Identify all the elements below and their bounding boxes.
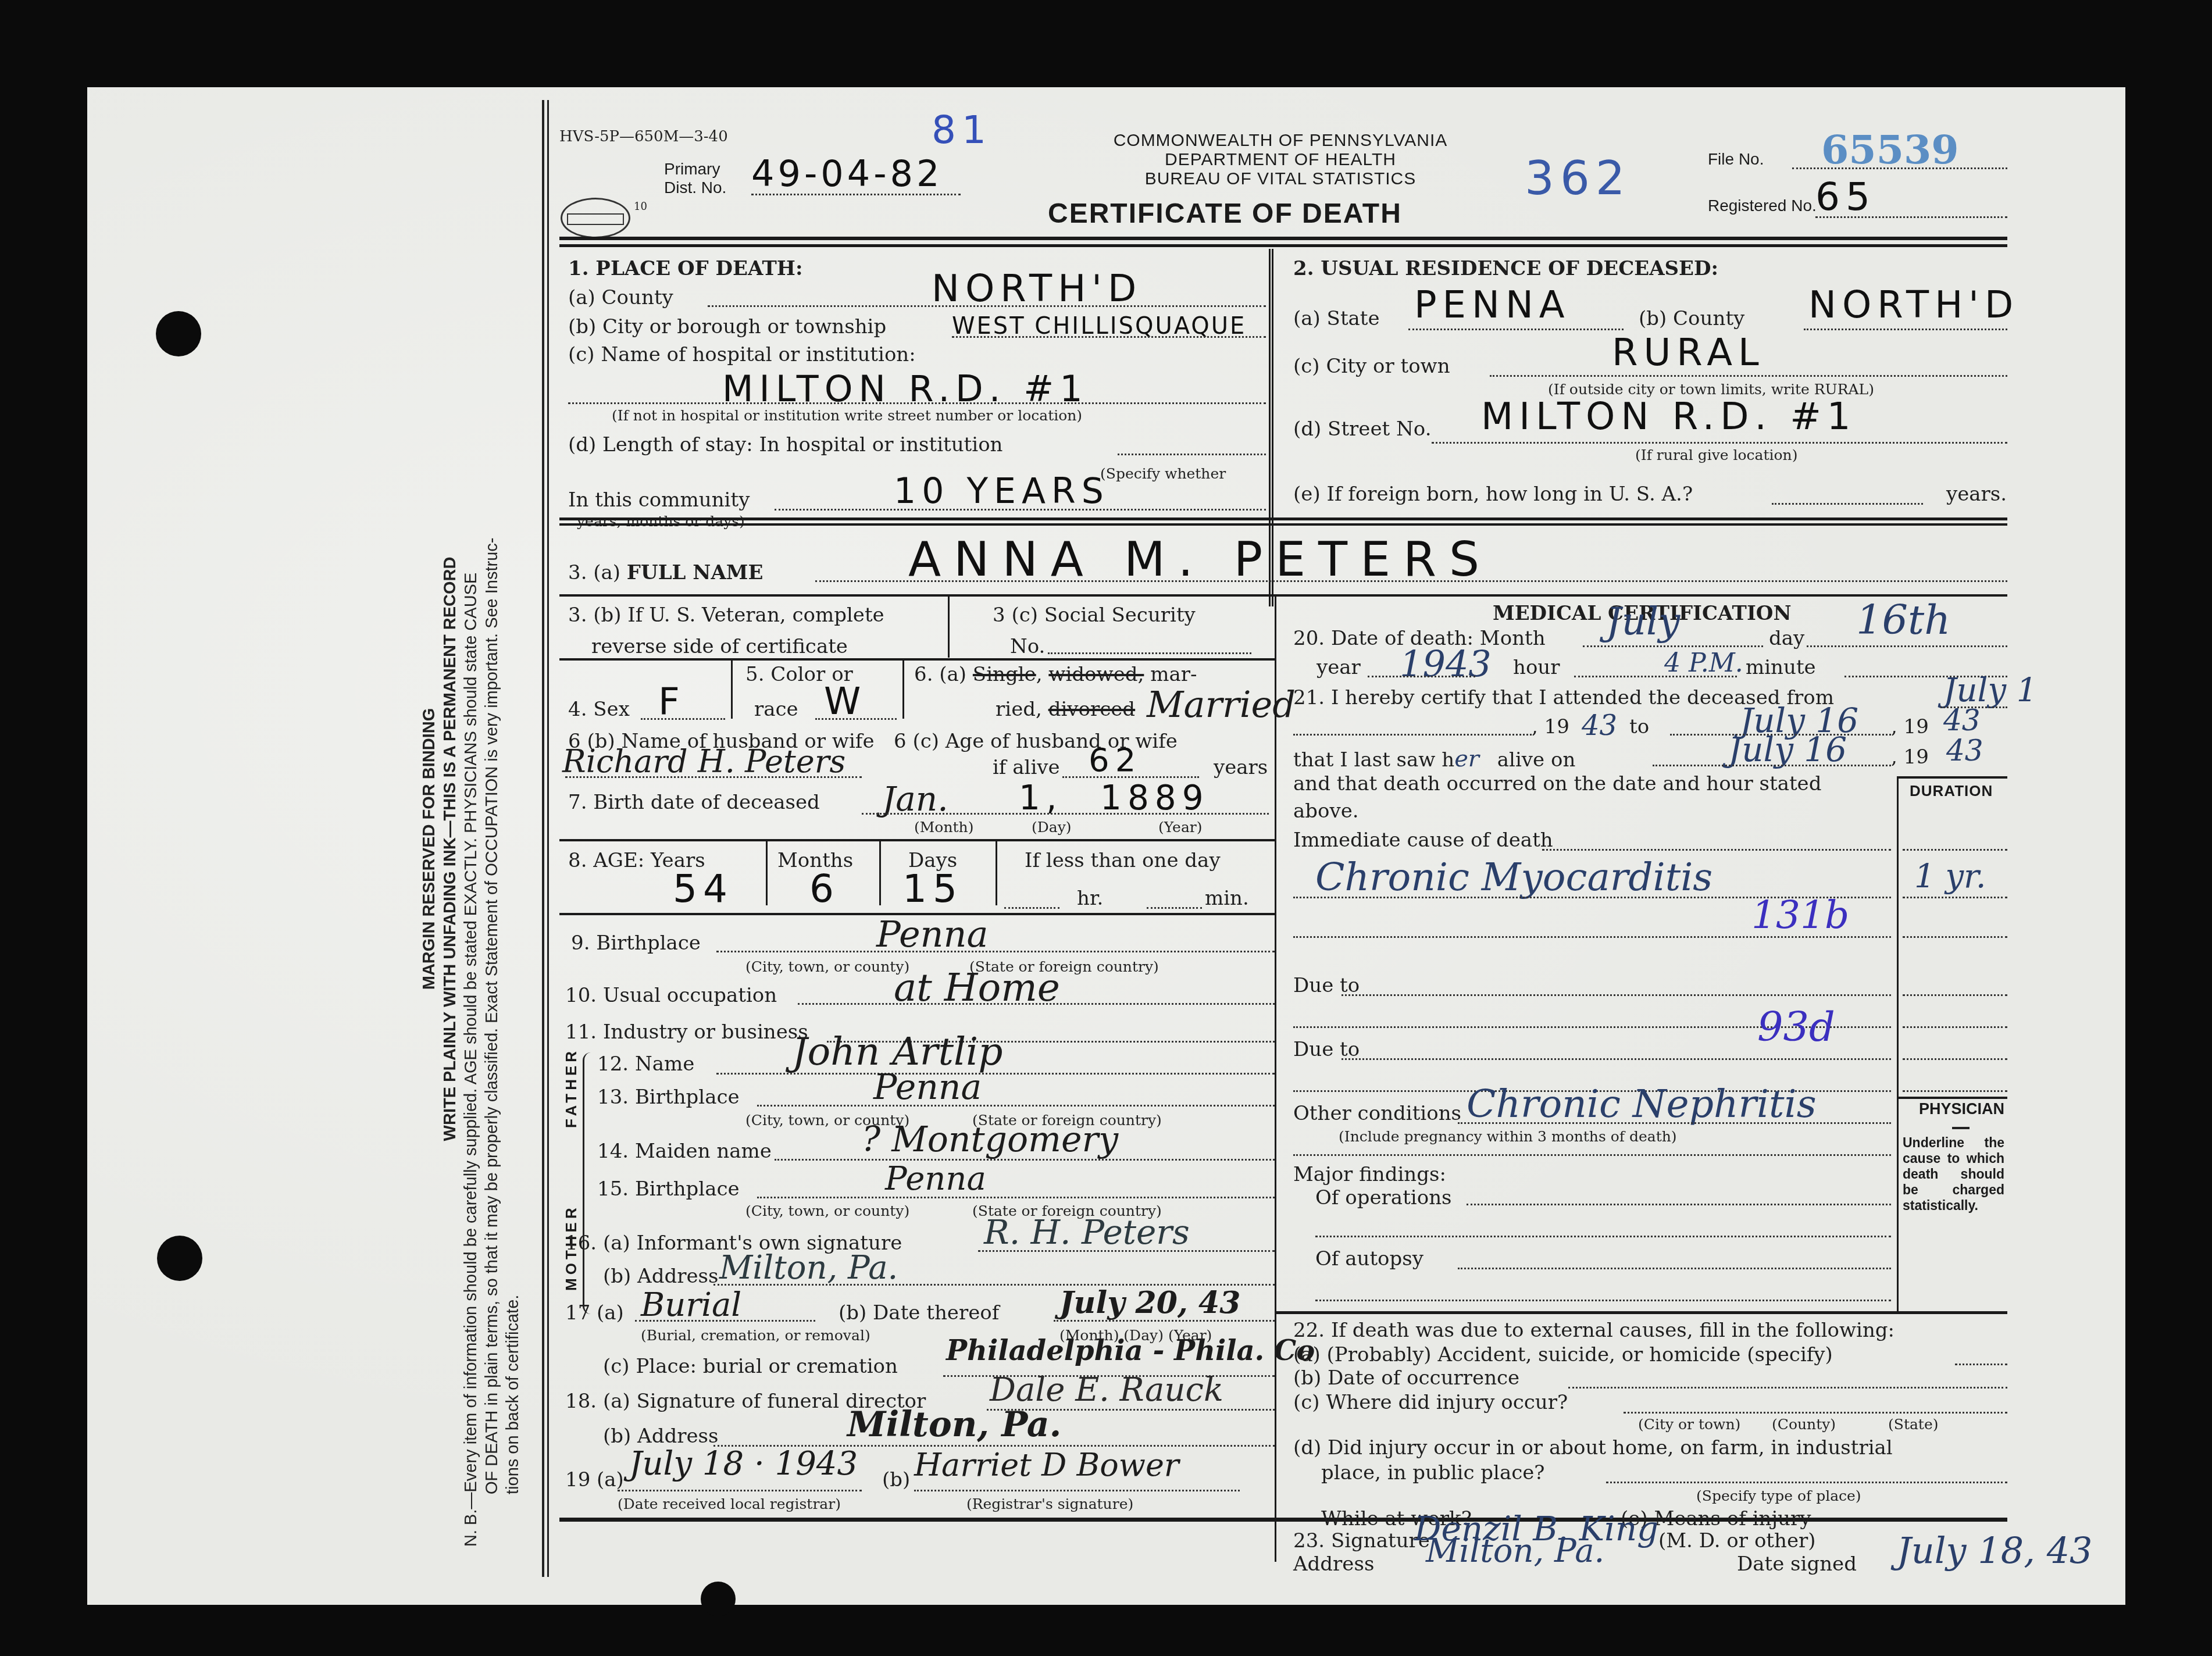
residence-county-line — [1804, 329, 2007, 330]
external-state-note: (State) — [1888, 1416, 1938, 1433]
death-certificate-form: HVS-5P—650M—3-40 Primary Dist. No. 49-04… — [559, 99, 2007, 1552]
death-county-line — [708, 305, 1266, 307]
death-city-label: (b) City or borough or township — [568, 315, 886, 338]
findings-label: Major findings: — [1293, 1163, 1446, 1186]
residence-state-label: (a) State — [1293, 307, 1380, 330]
mother-maiden-label: 14. Maiden name — [597, 1140, 772, 1163]
burial-date-line — [1054, 1320, 1275, 1322]
burial-place-label: (c) Place: burial or cremation — [603, 1355, 898, 1378]
margin-nb-note-1: N. B.—Every item of information should b… — [461, 151, 481, 1547]
attended-19-b: , 19 — [1891, 715, 1929, 738]
sex-divider — [731, 661, 733, 719]
mother-birthplace-label: 15. Birthplace — [597, 1177, 740, 1201]
full-name-title: FULL NAME — [627, 561, 763, 584]
spouse-age-label-2: if alive — [993, 756, 1060, 779]
last-saw-date-line — [1653, 765, 1891, 766]
mother-city-note: (City, town, or county) — [745, 1202, 909, 1219]
attended-19-a: , 19 — [1532, 715, 1569, 738]
immediate-duration-value[interactable]: 1 yr. — [1914, 858, 1986, 895]
mother-maiden-value[interactable]: ? Montgomery — [862, 1119, 1118, 1160]
residence-state-value[interactable]: PENNA — [1414, 284, 1571, 327]
agency-department: DEPARTMENT OF HEALTH — [1083, 150, 1478, 169]
community-line — [775, 509, 1266, 511]
registered-no-value[interactable]: 65 — [1815, 174, 1876, 219]
funeral-director-value[interactable]: Dale E. Rauck — [990, 1371, 1223, 1409]
residence-heading: 2. USUAL RESIDENCE OF DECEASED: — [1293, 257, 1718, 280]
funeral-address-label: (b) Address — [603, 1425, 718, 1448]
due-to-1-duration-line — [1903, 994, 2007, 996]
external-place-label-2: place, in public place? — [1321, 1461, 1545, 1484]
duration-divider — [1897, 776, 1899, 1311]
informant-address-value[interactable]: Milton, Pa. — [719, 1249, 898, 1287]
community-value[interactable]: 10 YEARS — [894, 471, 1109, 512]
birth-date-line — [862, 813, 1269, 815]
mother-birthplace-value[interactable]: Penna — [885, 1160, 986, 1198]
operations-label: Of operations — [1315, 1186, 1452, 1209]
date-signed-value[interactable]: July 18, 43 — [1897, 1529, 2093, 1572]
birth-year-value[interactable]: 1889 — [1100, 778, 1210, 818]
immediate-cause-value[interactable]: Chronic Myocarditis — [1315, 855, 1712, 900]
death-year-line — [1368, 676, 1475, 677]
hospital-line — [568, 402, 1266, 404]
informant-signature-line — [978, 1250, 1275, 1252]
age-days-value[interactable]: 15 — [902, 866, 963, 911]
death-county-label: (a) County — [568, 286, 673, 309]
autopsy-label: Of autopsy — [1315, 1247, 1423, 1270]
other-conditions-value[interactable]: Chronic Nephritis — [1467, 1082, 1817, 1126]
attended-from-year[interactable]: 43 — [1582, 709, 1617, 742]
marital-number: 6. (a) — [914, 663, 966, 686]
agency-commonwealth: COMMONWEALTH OF PENNSYLVANIA — [1083, 131, 1478, 150]
marital-option-divorced: divorced — [1048, 698, 1136, 721]
occupation-label: 10. Usual occupation — [565, 984, 777, 1007]
marital-value[interactable]: Married — [1147, 683, 1296, 726]
operations-line-2 — [1315, 1236, 1891, 1237]
operations-line[interactable] — [1467, 1204, 1891, 1205]
external-heading: 22. If death was due to external causes,… — [1293, 1319, 1895, 1342]
rule-before-name-1 — [559, 517, 2007, 520]
primary-label: Primary — [664, 160, 726, 179]
file-no-line — [1792, 167, 2007, 169]
marital-label-row2: ried, divorced — [996, 698, 1135, 721]
last-saw-year-value[interactable]: 43 — [1946, 734, 1983, 768]
death-city-line — [952, 336, 1266, 338]
page-title: CERTIFICATE OF DEATH — [1048, 198, 1402, 230]
disposal-line — [635, 1320, 815, 1322]
foreign-label: (e) If foreign born, how long in U. S. A… — [1293, 483, 1693, 506]
sex-label: 4. Sex — [568, 698, 630, 721]
residence-city-label: (c) City or town — [1293, 355, 1450, 378]
age-hr-line[interactable] — [1004, 907, 1059, 909]
external-manner-label: (a) (Probably) Accident, suicide, or hom… — [1293, 1343, 1833, 1366]
birthplace-city-note: (City, town, or county) — [745, 958, 909, 975]
external-city-note: (City or town) — [1638, 1416, 1740, 1433]
residence-city-line — [1490, 375, 2007, 377]
residence-street-label: (d) Street No. — [1293, 417, 1431, 441]
last-saw-label: that I last saw her alive on — [1293, 745, 1575, 772]
agency-bureau: BUREAU OF VITAL STATISTICS — [1083, 169, 1478, 188]
mother-maiden-line — [775, 1159, 1275, 1161]
last-saw-pronoun[interactable]: er — [1454, 745, 1479, 772]
full-name-value[interactable]: ANNA M. PETERS — [908, 532, 1492, 587]
primary-dist-label: Primary Dist. No. — [664, 160, 726, 197]
residence-county-label: (b) County — [1639, 307, 1744, 330]
marital-option-married-part2: ried, — [996, 698, 1042, 721]
other-conditions-label: Other conditions — [1293, 1102, 1461, 1125]
race-line — [815, 718, 897, 720]
spouse-name-value[interactable]: Richard H. Peters — [562, 743, 845, 780]
birthplace-value[interactable]: Penna — [876, 913, 988, 955]
death-county-value[interactable]: NORTH'D — [932, 267, 1142, 310]
spouse-age-value[interactable]: 62 — [1089, 741, 1141, 779]
physician-note: Underline the cause to which death shoul… — [1903, 1135, 2004, 1214]
external-place-note: (Specify type of place) — [1696, 1487, 1861, 1504]
stay-label: (d) Length of stay: In hospital or insti… — [568, 433, 1003, 456]
residence-street-value[interactable]: MILTON R.D. #1 — [1481, 395, 1856, 438]
death-year-value[interactable]: 1943 — [1400, 643, 1492, 685]
father-name-label: 12. Name — [597, 1052, 694, 1076]
cause-code-2: 93d — [1757, 1003, 1835, 1051]
due-to-2-line[interactable] — [1342, 1058, 1891, 1060]
place-of-death-heading: 1. PLACE OF DEATH: — [568, 257, 802, 280]
physician-heading: PHYSICIAN — [1919, 1100, 2004, 1118]
disposal-note: (Burial, cremation, or removal) — [641, 1327, 870, 1344]
age-min-label: min. — [1205, 887, 1249, 910]
due-to-1-label: Due to — [1293, 974, 1360, 997]
death-year-label: year — [1317, 656, 1361, 679]
mother-birthplace-line — [757, 1197, 1275, 1198]
registrar-signature-value[interactable]: Harriet D Bower — [914, 1447, 1179, 1483]
registrar-date-note: (Date received local registrar) — [618, 1496, 841, 1512]
margin-instructions: MARGIN RESERVED FOR BINDING WRITE PLAINL… — [419, 151, 535, 1547]
external-place-label-1: (d) Did injury occur in or about home, o… — [1293, 1436, 1893, 1459]
ss-label-1: 3 (c) Social Security — [993, 604, 1196, 627]
primary-dist-correction: 81 — [932, 108, 992, 152]
findings-top-line — [1293, 1154, 1891, 1156]
last-saw-19: , 19 — [1891, 745, 1929, 769]
burial-place-value[interactable]: Philadelphia - Phila. Co — [946, 1334, 1315, 1367]
birth-day-value[interactable]: 1, — [1019, 778, 1062, 818]
spouse-name-line — [565, 776, 862, 778]
external-date-line[interactable] — [1568, 1387, 2007, 1389]
spouse-age-unit: years — [1214, 756, 1268, 779]
form-code: HVS-5P—650M—3-40 — [559, 128, 728, 145]
birth-date-label: 7. Birth date of deceased — [568, 791, 820, 814]
age-months-value[interactable]: 6 — [809, 866, 840, 911]
registered-no-line — [1815, 216, 2007, 218]
external-county-note: (County) — [1772, 1416, 1836, 1433]
foreign-unit: years. — [1946, 483, 2007, 506]
dist-no-label: Dist. No. — [664, 179, 726, 197]
age-days-divider — [996, 841, 997, 905]
father-birthplace-line — [757, 1105, 1275, 1107]
burial-date-label: (b) Date thereof — [839, 1301, 999, 1325]
marital-option-married-part1: mar- — [1150, 663, 1197, 686]
cause-code-1: 131b — [1751, 893, 1849, 937]
due-to-2-duration-line — [1903, 1058, 2007, 1060]
death-minute-label: minute — [1746, 656, 1816, 679]
birthplace-line — [716, 951, 1275, 952]
external-manner-line[interactable] — [1955, 1364, 2007, 1365]
veteran-label-1: 3. (b) If U. S. Veteran, complete — [568, 604, 884, 627]
registrar-signature-line — [914, 1490, 1240, 1491]
autopsy-line[interactable] — [1458, 1268, 1891, 1269]
rule-before-name-2 — [559, 523, 2007, 526]
due-to-1-line[interactable] — [1342, 994, 1891, 996]
file-no-label: File No. — [1708, 150, 1764, 169]
father-birthplace-value[interactable]: Penna — [873, 1067, 982, 1108]
father-name-line — [716, 1073, 1275, 1075]
margin-ink-note: WRITE PLAINLY WITH UNFADING INK—THIS IS … — [440, 151, 461, 1547]
date-signed-label: Date signed — [1737, 1552, 1857, 1576]
marital-option-widowed: widowed, — [1048, 663, 1144, 686]
binder-hole-bottom — [157, 1236, 202, 1281]
margin-nb-note-2: OF DEATH in plain terms, so that it may … — [481, 151, 502, 1547]
specify-note: (Specify whether — [1100, 465, 1226, 482]
immediate-duration-line-1 — [1903, 849, 2007, 851]
file-no-value[interactable]: 65539 — [1821, 127, 1959, 173]
residence-city-value[interactable]: RURAL — [1612, 331, 1765, 374]
margin-number: 362 — [1525, 151, 1631, 205]
full-name-number: 3. (a) — [568, 561, 620, 584]
registered-no-label: Registered No. — [1708, 197, 1817, 215]
race-value[interactable]: W — [824, 680, 866, 723]
attended-to-year[interactable]: 43 — [1943, 704, 1981, 737]
ss-value-line[interactable] — [1048, 652, 1251, 654]
birth-month-note: (Month) — [914, 819, 973, 836]
ss-label-2: No. — [1010, 635, 1045, 658]
due-to-2-duration-line-2 — [1903, 1090, 2007, 1092]
external-date-label: (b) Date of occurrence — [1293, 1366, 1519, 1390]
community-note: years, months or days) — [577, 513, 745, 530]
death-day-label: day — [1769, 627, 1804, 650]
union-bug-number: 10 — [634, 201, 647, 213]
sex-line — [641, 718, 725, 720]
community-label: In this community — [568, 488, 750, 512]
marital-label-row1: 6. (a) Single, widowed, mar- — [914, 663, 1197, 686]
occurred-label-1: and that death occurred on the date and … — [1293, 772, 1822, 795]
foreign-line[interactable] — [1772, 503, 1923, 505]
last-saw-text: that I last saw h — [1293, 748, 1454, 772]
death-day-line — [1807, 645, 2007, 647]
residence-street-note: (If rural give location) — [1635, 447, 1797, 463]
age-months-divider — [879, 841, 881, 905]
attended-from-cont-line — [1293, 734, 1532, 736]
external-place-line[interactable] — [1606, 1482, 2007, 1483]
age-years-divider — [766, 841, 768, 905]
residence-street-line — [1432, 442, 2007, 444]
occupation-line — [798, 1003, 1275, 1005]
primary-dist-value[interactable]: 49-04-82 — [751, 152, 943, 195]
funeral-address-value[interactable]: Milton, Pa. — [847, 1404, 1061, 1445]
alive-on-text: alive on — [1497, 748, 1576, 772]
autopsy-line-2 — [1315, 1300, 1891, 1301]
due-to-1-duration-line-2 — [1903, 1026, 2007, 1028]
parents-brace — [583, 1052, 593, 1314]
rule-after-veteran — [559, 658, 1275, 661]
full-name-label: 3. (a) FULL NAME — [568, 561, 763, 584]
immediate-cause-label: Immediate cause of death — [1293, 829, 1553, 852]
physician-address-label: Address — [1293, 1552, 1374, 1576]
immediate-cause-line-1 — [1542, 849, 1891, 851]
registrar-signature-note: (Registrar's signature) — [966, 1496, 1133, 1512]
death-hour-line — [1574, 676, 1737, 677]
primary-dist-line — [751, 194, 961, 195]
physician-address-value[interactable]: Milton, Pa. — [1426, 1532, 1604, 1570]
death-hour-value[interactable]: 4 P.M. — [1664, 648, 1743, 678]
physician-underline-sample — [1952, 1127, 1970, 1129]
attended-to-label: to — [1629, 715, 1649, 738]
physician-signature-suffix: (M. D. or other) — [1658, 1529, 1816, 1552]
form-left-border — [542, 100, 549, 1577]
paper-tear — [701, 1582, 736, 1616]
hospital-label: (c) Name of hospital or institution: — [568, 343, 916, 366]
veteran-divider — [948, 597, 950, 658]
sex-value[interactable]: F — [658, 680, 686, 723]
informant-signature-value[interactable]: R. H. Peters — [984, 1212, 1190, 1252]
header-rule-2 — [559, 244, 2007, 247]
last-saw-date-value[interactable]: July 16 — [1728, 730, 1847, 769]
disposal-value[interactable]: Burial — [641, 1286, 741, 1324]
header-rule-1 — [559, 237, 2007, 240]
birthplace-label: 9. Birthplace — [571, 931, 701, 955]
father-birthplace-label: 13. Birthplace — [597, 1086, 740, 1109]
birth-year-note: (Year) — [1158, 819, 1203, 836]
disposal-label: 17 (a) — [565, 1301, 624, 1325]
registrar-item-label: 19 (a) — [565, 1468, 624, 1491]
physician-box-rule — [1897, 1097, 2007, 1099]
registrar-date-line — [618, 1490, 862, 1491]
stay-hospital-line[interactable] — [1118, 454, 1266, 455]
father-section-label: FATHER — [562, 1048, 580, 1128]
physician-signature-label: 23. Signature — [1293, 1529, 1430, 1552]
binder-hole-top — [156, 311, 201, 356]
informant-address-label: (b) Address — [603, 1265, 718, 1288]
rule-before-external — [1275, 1311, 2007, 1314]
immediate-duration-line-2 — [1903, 897, 2007, 898]
age-less-than-day-label: If less than one day — [1025, 849, 1221, 872]
age-hr-label: hr. — [1077, 887, 1103, 910]
residence-state-line — [1408, 329, 1624, 330]
veteran-label-2: reverse side of certificate — [591, 635, 848, 658]
death-hour-label: hour — [1513, 656, 1560, 679]
registrar-date-value[interactable]: July 18 · 1943 — [629, 1445, 858, 1483]
age-min-line[interactable] — [1147, 907, 1202, 909]
duration-heading: DURATION — [1910, 782, 1993, 800]
other-conditions-line — [1458, 1122, 1891, 1124]
margin-binding-note: MARGIN RESERVED FOR BINDING — [419, 151, 440, 1547]
union-label-seal-icon — [561, 198, 630, 238]
other-conditions-note: (Include pregnancy within 3 months of de… — [1339, 1128, 1677, 1145]
external-where-line[interactable] — [1624, 1412, 2007, 1414]
death-month-value[interactable]: July — [1606, 599, 1680, 644]
immediate-duration-line-3 — [1903, 936, 2007, 938]
marital-option-single: Single — [973, 663, 1036, 686]
hospital-note: (If not in hospital or institution write… — [612, 407, 1082, 424]
burial-date-value[interactable]: July 20, 43 — [1059, 1285, 1240, 1320]
agency-block: COMMONWEALTH OF PENNSYLVANIA DEPARTMENT … — [1083, 131, 1478, 188]
margin-nb-note-3: tions on back of certificate. — [502, 151, 523, 1547]
rule-after-name — [559, 594, 2007, 597]
race-label-2: race — [754, 698, 798, 721]
external-where-label: (c) Where did injury occur? — [1293, 1391, 1568, 1414]
occurred-label-2: above. — [1293, 800, 1359, 823]
duration-top-rule — [1897, 776, 2007, 779]
full-name-line — [815, 580, 2007, 582]
due-to-2-label: Due to — [1293, 1038, 1360, 1061]
age-years-value[interactable]: 54 — [673, 866, 733, 911]
death-month-line — [1583, 645, 1763, 647]
industry-label: 11. Industry or business — [565, 1020, 808, 1044]
residence-county-value[interactable]: NORTH'D — [1808, 284, 2019, 327]
registrar-signature-label: (b) — [882, 1468, 910, 1491]
race-divider — [902, 661, 904, 719]
birth-day-note: (Day) — [1032, 819, 1072, 836]
medical-column-divider — [1275, 597, 1276, 1562]
death-day-value[interactable]: 16th — [1856, 596, 1950, 644]
rule-before-age — [559, 839, 1275, 841]
